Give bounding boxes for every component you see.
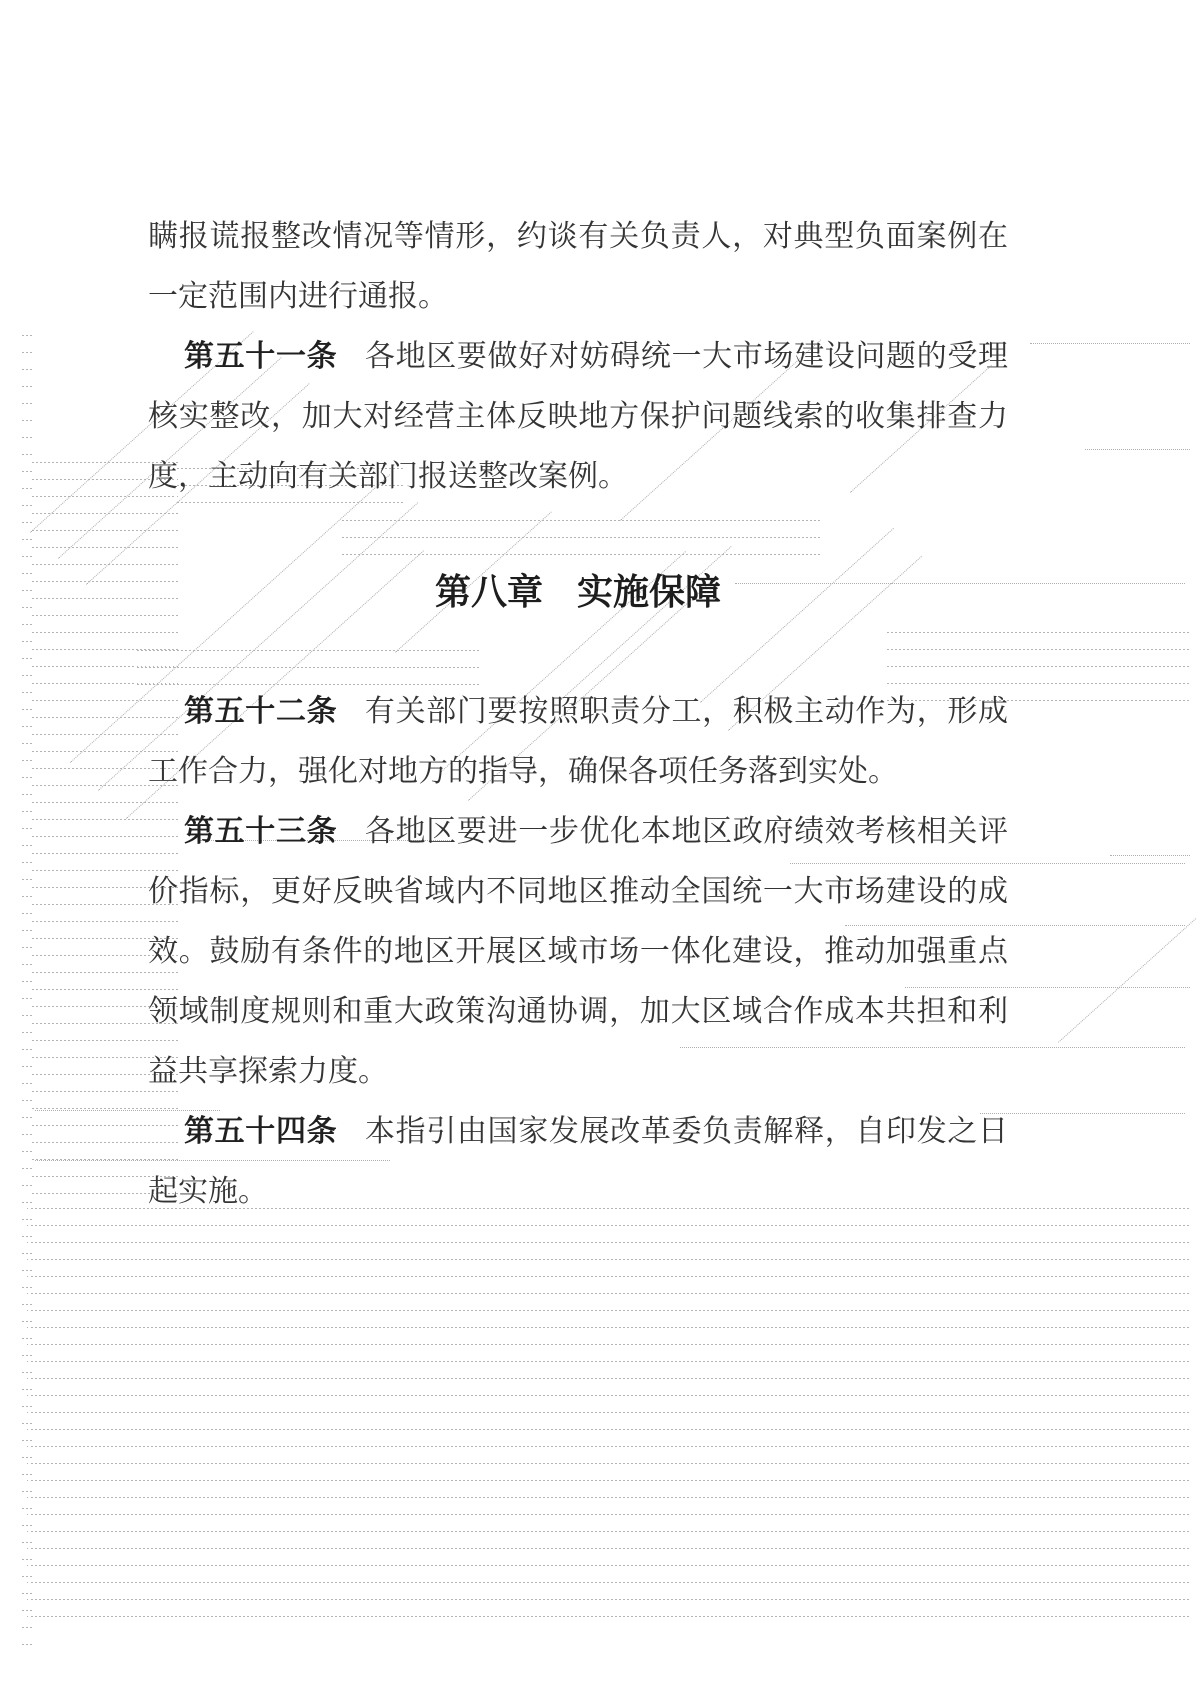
document-body: 瞒报谎报整改情况等情形，约谈有关负责人，对典型负面案例在一定范围内进行通报。 第… bbox=[148, 207, 1008, 1222]
paragraph-article-52: 第五十二条有关部门要按照职责分工，积极主动作为，形成工作合力，强化对地方的指导，… bbox=[148, 682, 1008, 802]
chapter-8-heading: 第八章实施保障 bbox=[148, 562, 1008, 622]
article-53-text: 各地区要进一步优化本地区政府绩效考核相关评价指标，更好反映省域内不同地区推动全国… bbox=[148, 815, 1008, 1088]
paragraph-continuation-text: 瞒报谎报整改情况等情形，约谈有关负责人，对典型负面案例在一定范围内进行通报。 bbox=[148, 220, 1008, 313]
paragraph-continuation: 瞒报谎报整改情况等情形，约谈有关负责人，对典型负面案例在一定范围内进行通报。 bbox=[148, 207, 1008, 327]
article-53-number: 第五十三条 bbox=[184, 815, 337, 848]
article-51-number: 第五十一条 bbox=[184, 340, 337, 373]
watermark-line bbox=[980, 1113, 1185, 1114]
chapter-8-number: 第八章 bbox=[435, 572, 543, 612]
chapter-8-title: 实施保障 bbox=[577, 572, 721, 612]
watermark-line bbox=[1030, 343, 1190, 344]
paragraph-article-51: 第五十一条各地区要做好对妨碍统一大市场建设问题的受理核实整改，加大对经营主体反映… bbox=[148, 327, 1008, 507]
article-54-number: 第五十四条 bbox=[184, 1115, 337, 1148]
paragraph-article-54: 第五十四条本指引由国家发展改革委负责解释，自印发之日起实施。 bbox=[148, 1102, 1008, 1222]
article-52-number: 第五十二条 bbox=[184, 695, 337, 728]
document-page: 瞒报谎报整改情况等情形，约谈有关负责人，对典型负面案例在一定范围内进行通报。 第… bbox=[0, 0, 1200, 1697]
watermark-line bbox=[1058, 918, 1196, 1043]
paragraph-article-53: 第五十三条各地区要进一步优化本地区政府绩效考核相关评价指标，更好反映省域内不同地… bbox=[148, 802, 1008, 1102]
watermark-line bbox=[25, 1208, 1190, 1624]
watermark-line bbox=[20, 335, 32, 1655]
watermark-line bbox=[1085, 449, 1190, 450]
watermark-line bbox=[1110, 855, 1190, 856]
